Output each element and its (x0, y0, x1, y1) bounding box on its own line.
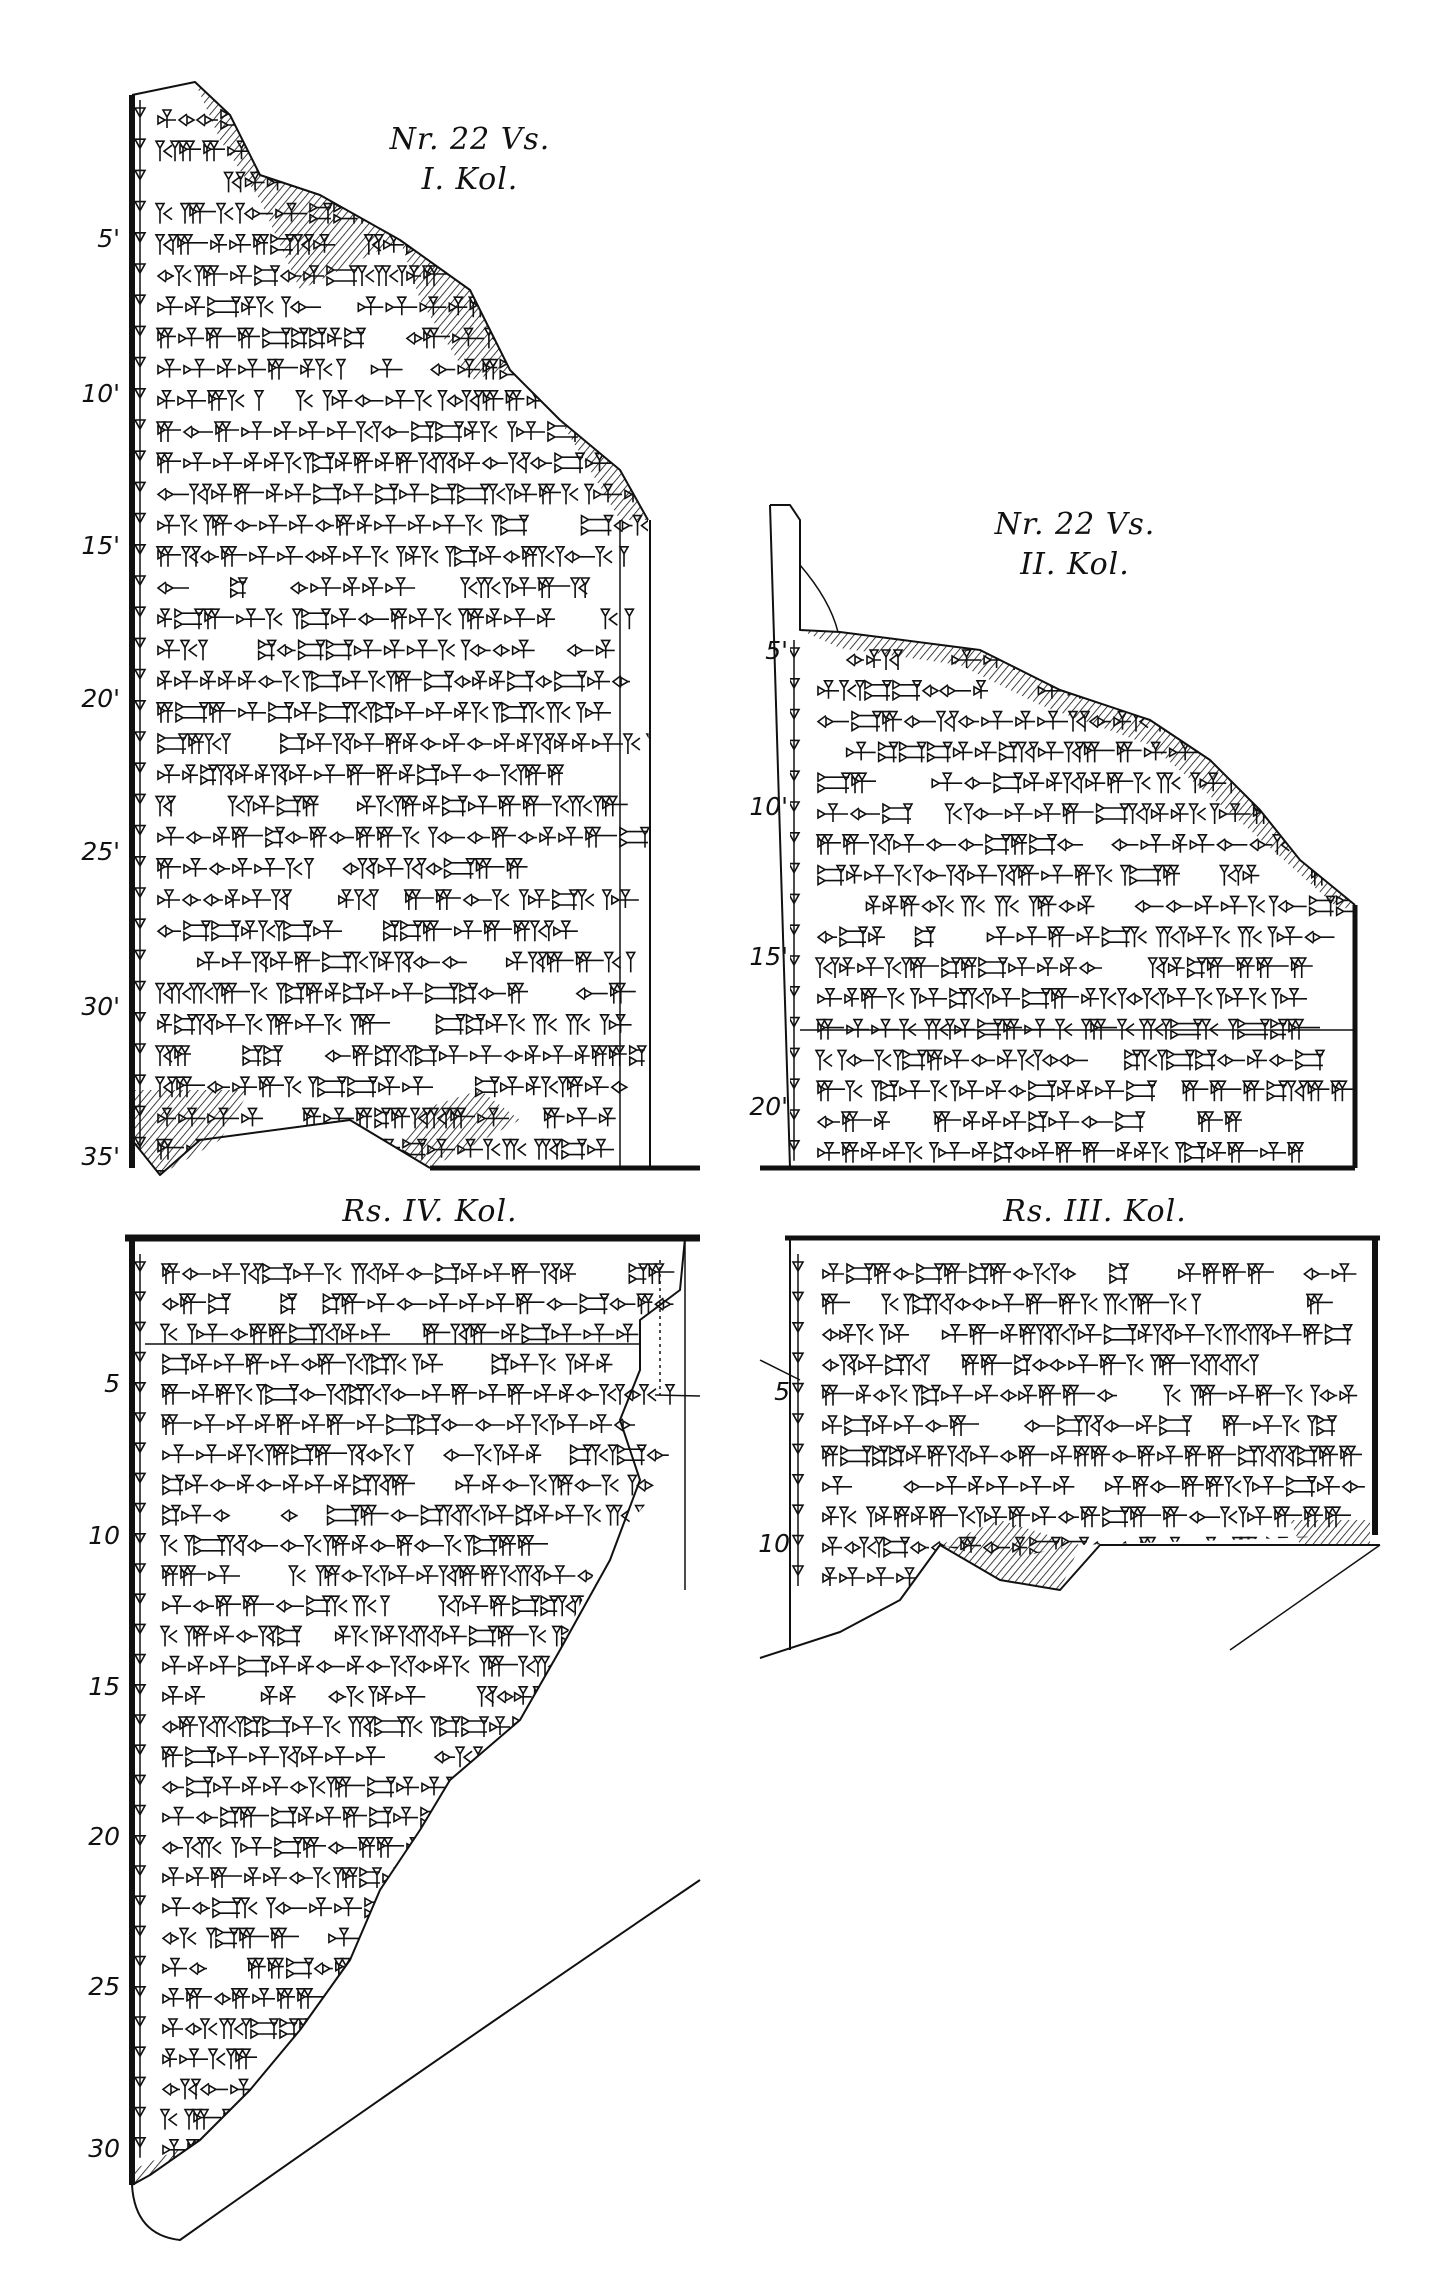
vertical-wedge-icon (1205, 1355, 1213, 1375)
winkelhaken-icon (274, 613, 282, 625)
horizontal-wedge-icon (1287, 1488, 1315, 1496)
vertical-wedge-icon (1216, 650, 1224, 668)
horizontal-wedge-icon (411, 2025, 429, 2033)
horizontal-wedge-icon (556, 2025, 565, 2033)
winkelhaken-icon (1343, 1481, 1351, 1493)
vertical-wedge-icon (334, 1868, 342, 1888)
vertical-wedge-icon (350, 1808, 358, 1828)
horizontal-wedge-icon (555, 1300, 577, 1308)
vertical-wedge-icon (489, 391, 497, 411)
horizontal-wedge-icon (491, 459, 508, 467)
vertical-wedge-icon (951, 1081, 959, 1101)
vertical-wedge-icon (613, 2019, 621, 2039)
vertical-wedge-icon (337, 360, 345, 380)
horizontal-wedge-icon (1017, 1087, 1026, 1095)
vertical-wedge-icon (249, 2140, 257, 2160)
vertical-wedge-icon (408, 1415, 416, 1435)
vertical-wedge-icon (345, 640, 353, 660)
text-line (135, 1322, 638, 1344)
winkelhaken-icon (1167, 900, 1175, 912)
vertical-wedge-icon (638, 1046, 646, 1066)
horizontal-wedge-icon (612, 366, 631, 374)
vertical-wedge-icon (271, 2140, 279, 2160)
vertical-wedge-icon (577, 297, 585, 315)
text-line (135, 1926, 668, 1948)
horizontal-wedge-icon (195, 834, 211, 842)
vertical-wedge-icon (245, 328, 253, 348)
vertical-wedge-icon (349, 1868, 357, 1888)
horizontal-wedge-icon (314, 495, 341, 503)
vertical-wedge-icon (1231, 896, 1239, 914)
vertical-wedge-icon (924, 1294, 932, 1314)
horizontal-wedge-icon (399, 1391, 420, 1399)
text-line (135, 1564, 656, 1586)
vertical-wedge-icon (302, 952, 310, 972)
winkelhaken-icon (407, 1268, 415, 1280)
vertical-wedge-icon (481, 1506, 489, 1526)
vertical-wedge-icon (1310, 742, 1318, 762)
horizontal-wedge-icon (594, 208, 624, 216)
winkelhaken-icon (438, 832, 446, 844)
horizontal-wedge-icon (566, 1934, 589, 1942)
vertical-wedge-icon (618, 1171, 626, 1189)
horizontal-wedge-icon (458, 495, 488, 503)
line-number: 10' (70, 379, 120, 408)
winkelhaken-icon (382, 426, 390, 438)
horizontal-wedge-icon (163, 1366, 189, 1374)
vertical-wedge-icon (643, 2049, 651, 2067)
text-line (135, 888, 639, 910)
vertical-wedge-icon (407, 1046, 415, 1066)
vertical-wedge-icon (1213, 1477, 1221, 1497)
vertical-wedge-icon (555, 2079, 563, 2099)
vertical-wedge-icon (432, 765, 440, 785)
vertical-wedge-icon (190, 984, 198, 1004)
vertical-wedge-icon (367, 703, 375, 723)
vertical-wedge-icon (463, 235, 471, 255)
vertical-wedge-icon (305, 1959, 313, 1979)
vertical-wedge-icon (522, 484, 530, 502)
vertical-wedge-icon (951, 1325, 959, 1343)
text-line (793, 1475, 1365, 1497)
vertical-wedge-icon (249, 703, 257, 721)
vertical-wedge-icon (1082, 866, 1090, 886)
text-line (135, 202, 624, 224)
winkelhaken-icon (1058, 839, 1066, 851)
line-number: 20' (70, 684, 120, 713)
vertical-wedge-icon (1273, 712, 1281, 732)
vertical-wedge-icon (1133, 1050, 1141, 1070)
vertical-wedge-icon (623, 1657, 631, 1675)
vertical-wedge-icon (494, 1264, 502, 1282)
winkelhaken-icon (391, 1389, 399, 1401)
vertical-wedge-icon (601, 1838, 609, 1858)
vertical-wedge-icon (1210, 1264, 1218, 1284)
vertical-wedge-icon (583, 952, 591, 972)
vertical-wedge-icon (183, 672, 191, 690)
vertical-wedge-icon (249, 360, 257, 378)
horizontal-wedge-icon (1234, 681, 1257, 689)
vertical-wedge-icon (351, 1015, 359, 1035)
heading-col-2-line-1: Nr. 22 Vs. (955, 505, 1195, 545)
vertical-wedge-icon (1264, 1477, 1272, 1495)
vertical-wedge-icon (981, 1446, 989, 1464)
vertical-wedge-icon (350, 266, 358, 286)
vertical-wedge-icon (253, 1717, 261, 1737)
winkelhaken-icon (183, 988, 191, 1000)
vertical-wedge-icon (416, 516, 424, 534)
vertical-wedge-icon (512, 391, 520, 411)
vertical-wedge-icon (171, 141, 179, 161)
vertical-wedge-icon (590, 2140, 598, 2158)
vertical-wedge-icon (1245, 773, 1253, 793)
horizontal-wedge-icon (1097, 815, 1128, 823)
vertical-wedge-icon (384, 1808, 392, 1828)
winkelhaken-icon (189, 644, 197, 656)
vertical-wedge-icon (401, 2019, 409, 2039)
winkelhaken-icon (447, 644, 455, 656)
horizontal-wedge-icon (1230, 654, 1255, 662)
horizontal-wedge-icon (1351, 1483, 1365, 1491)
vertical-wedge-icon (418, 2140, 426, 2160)
vertical-wedge-icon (1248, 1538, 1256, 1558)
horizontal-wedge-icon (1125, 654, 1140, 662)
tablet-outlines (125, 82, 1380, 2240)
vertical-wedge-icon (1114, 773, 1122, 793)
vertical-wedge-icon (582, 1898, 590, 1918)
vertical-wedge-icon (398, 1171, 406, 1189)
horizontal-wedge-icon (580, 272, 597, 280)
vertical-wedge-icon (605, 516, 613, 536)
vertical-wedge-icon (572, 1747, 580, 1767)
horizontal-wedge-icon (516, 2085, 533, 2093)
vertical-wedge-icon (227, 2049, 235, 2069)
vertical-wedge-icon (223, 1140, 231, 1158)
vertical-wedge-icon (228, 547, 236, 567)
vertical-wedge-icon (430, 2079, 438, 2099)
vertical-wedge-icon (294, 796, 302, 816)
text-line (135, 295, 647, 317)
vertical-wedge-icon (1010, 866, 1018, 886)
vertical-wedge-icon (1086, 1325, 1094, 1343)
vertical-wedge-icon (598, 1626, 606, 1644)
vertical-wedge-icon (347, 1989, 355, 2009)
vertical-wedge-icon (489, 1626, 497, 1646)
horizontal-wedge-icon (202, 1602, 214, 1610)
vertical-wedge-icon (1047, 742, 1055, 760)
horizontal-wedge-icon (573, 204, 591, 212)
vertical-wedge-icon (369, 1077, 377, 1097)
winkelhaken-icon (547, 1359, 555, 1371)
horizontal-wedge-icon (375, 1119, 389, 1127)
winkelhaken-icon (331, 1993, 339, 2005)
vertical-wedge-icon (398, 609, 406, 629)
vertical-wedge-icon (622, 1687, 630, 1707)
winkelhaken-icon (1113, 1450, 1121, 1462)
winkelhaken-icon (520, 301, 528, 313)
vertical-wedge-icon (1027, 1325, 1035, 1345)
vertical-wedge-icon (856, 681, 864, 701)
vertical-wedge-icon (325, 1355, 333, 1375)
winkelhaken-icon (355, 1691, 363, 1703)
vertical-wedge-icon (196, 204, 204, 224)
vertical-wedge-icon (290, 1385, 298, 1405)
vertical-wedge-icon (373, 1868, 381, 1888)
winkelhaken-icon (193, 1902, 201, 1914)
vertical-wedge-icon (353, 1596, 361, 1616)
winkelhaken-icon (209, 2023, 217, 2035)
vertical-wedge-icon (242, 2049, 250, 2069)
winkelhaken-icon (517, 1019, 525, 1031)
vertical-wedge-icon (863, 1446, 871, 1466)
text-line (135, 1504, 660, 1526)
vertical-wedge-icon (501, 1355, 509, 1375)
vertical-wedge-icon (483, 859, 491, 879)
vertical-wedge-icon (331, 110, 339, 130)
vertical-wedge-icon (361, 453, 369, 473)
vertical-wedge-icon (369, 1687, 377, 1707)
vertical-wedge-icon (404, 1777, 412, 1795)
horizontal-wedge-icon (239, 1330, 248, 1338)
col-1-text (135, 100, 656, 1191)
vertical-wedge-icon (459, 609, 467, 629)
vertical-wedge-icon (995, 896, 1003, 916)
winkelhaken-icon (435, 1751, 443, 1763)
winkelhaken-icon (600, 1721, 608, 1733)
vertical-wedge-icon (345, 1140, 353, 1158)
vertical-wedge-icon (522, 453, 530, 473)
winkelhaken-icon (464, 894, 472, 906)
text-line (135, 701, 611, 723)
vertical-wedge-icon (316, 734, 324, 752)
vertical-wedge-icon (260, 235, 268, 255)
vertical-wedge-icon (604, 734, 612, 752)
vertical-wedge-icon (451, 1171, 459, 1191)
vertical-wedge-icon (327, 1777, 335, 1797)
winkelhaken-icon (1291, 1420, 1299, 1432)
vertical-wedge-icon (603, 266, 611, 284)
vertical-wedge-icon (275, 1171, 283, 1191)
horizontal-wedge-icon (466, 2055, 496, 2063)
vertical-wedge-icon (165, 765, 173, 783)
horizontal-wedge-icon (364, 2116, 384, 2124)
vertical-wedge-icon (369, 578, 377, 596)
vertical-wedge-icon (424, 1566, 432, 1584)
winkelhaken-icon (1015, 1147, 1023, 1159)
horizontal-wedge-icon (826, 1118, 840, 1126)
vertical-wedge-icon (193, 1989, 201, 2009)
vertical-wedge-icon (339, 141, 347, 161)
vertical-wedge-icon (863, 1416, 871, 1436)
vertical-wedge-icon (435, 2140, 443, 2160)
vertical-wedge-icon (1026, 1446, 1034, 1466)
winkelhaken-icon (612, 1081, 620, 1093)
vertical-wedge-icon (593, 1077, 601, 1095)
vertical-wedge-icon (187, 2140, 195, 2160)
vertical-wedge-icon (638, 1445, 646, 1465)
vertical-wedge-icon (901, 1507, 909, 1527)
horizontal-wedge-icon (471, 1814, 485, 1822)
vertical-wedge-icon (233, 1898, 241, 1918)
vertical-wedge-icon (423, 204, 431, 224)
vertical-wedge-icon (1042, 989, 1050, 1009)
vertical-wedge-icon (343, 703, 351, 723)
vertical-wedge-icon (232, 921, 240, 941)
vertical-wedge-icon (536, 1928, 544, 1948)
horizontal-wedge-icon (284, 932, 311, 940)
vertical-wedge-icon (342, 1777, 350, 1797)
vertical-wedge-icon (442, 2140, 450, 2160)
vertical-wedge-icon (169, 235, 177, 255)
winkelhaken-icon (967, 1511, 975, 1523)
vertical-wedge-icon (578, 1626, 586, 1646)
winkelhaken-icon (158, 925, 166, 937)
horizontal-wedge-icon (201, 1904, 210, 1912)
horizontal-wedge-icon (585, 990, 608, 998)
horizontal-wedge-icon (452, 1451, 474, 1459)
vertical-wedge-icon (467, 1868, 475, 1888)
vertical-wedge-icon (876, 866, 884, 884)
horizontal-wedge-icon (931, 872, 946, 880)
vertical-wedge-icon (640, 1687, 648, 1707)
line-number: 5' (70, 224, 120, 253)
line-number: 10 (70, 1521, 120, 1550)
vertical-wedge-icon (477, 578, 485, 598)
winkelhaken-icon (638, 1993, 646, 2005)
vertical-wedge-icon (345, 1898, 353, 1916)
vertical-wedge-icon (625, 609, 633, 629)
horizontal-wedge-icon (586, 1572, 597, 1580)
horizontal-wedge-icon (313, 1177, 333, 1185)
horizontal-wedge-icon (1088, 964, 1102, 972)
vertical-wedge-icon (1238, 927, 1246, 947)
vertical-wedge-icon (293, 2110, 301, 2130)
vertical-wedge-icon (222, 422, 230, 442)
horizontal-wedge-icon (544, 1721, 564, 1729)
vertical-wedge-icon (1054, 866, 1062, 884)
vertical-wedge-icon (950, 712, 958, 732)
vertical-wedge-icon (1248, 742, 1256, 762)
vertical-wedge-icon (411, 2110, 419, 2130)
vertical-wedge-icon (577, 360, 585, 380)
horizontal-wedge-icon (321, 152, 346, 160)
vertical-wedge-icon (1167, 1325, 1175, 1345)
horizontal-wedge-icon (1009, 1392, 1016, 1400)
horizontal-wedge-icon (1314, 804, 1335, 812)
vertical-wedge-icon (382, 1355, 390, 1375)
vertical-wedge-icon (463, 204, 471, 224)
horizontal-wedge-icon (555, 464, 583, 472)
horizontal-wedge-icon (415, 1177, 442, 1185)
winkelhaken-icon (577, 1389, 585, 1401)
winkelhaken-icon (1178, 1298, 1186, 1310)
vertical-wedge-icon (457, 2019, 465, 2039)
vertical-wedge-icon (633, 1777, 641, 1795)
vertical-wedge-icon (181, 204, 189, 224)
vertical-wedge-icon (1196, 927, 1204, 945)
horizontal-wedge-icon (325, 1663, 345, 1671)
vertical-wedge-icon (367, 1415, 375, 1433)
vertical-wedge-icon (169, 1415, 177, 1435)
vertical-wedge-icon (595, 1324, 603, 1342)
winkelhaken-icon (214, 1510, 222, 1522)
horizontal-wedge-icon (526, 2053, 544, 2061)
text-line (135, 389, 616, 411)
vertical-wedge-icon (475, 2079, 483, 2097)
winkelhaken-icon (189, 520, 197, 532)
vertical-wedge-icon (627, 1838, 635, 1858)
vertical-wedge-icon (411, 1838, 419, 1856)
vertical-wedge-icon (891, 1143, 899, 1161)
horizontal-wedge-icon (343, 2053, 371, 2061)
vertical-wedge-icon (1278, 1568, 1286, 1588)
vertical-wedge-icon (228, 2140, 236, 2160)
vertical-wedge-icon (1326, 773, 1334, 793)
winkelhaken-icon (169, 1630, 177, 1642)
vertical-wedge-icon (571, 1657, 579, 1677)
vertical-wedge-icon (365, 734, 373, 752)
horizontal-wedge-icon (620, 176, 650, 184)
vertical-wedge-icon (858, 773, 866, 793)
vertical-wedge-icon (499, 828, 507, 848)
vertical-wedge-icon (210, 141, 218, 161)
vertical-wedge-icon (550, 1596, 558, 1616)
winkelhaken-icon (845, 1542, 853, 1554)
vertical-wedge-icon (394, 796, 402, 816)
winkelhaken-icon (559, 1751, 567, 1763)
winkelhaken-icon (304, 395, 312, 407)
vertical-wedge-icon (352, 2019, 360, 2039)
winkelhaken-icon (201, 551, 209, 563)
vertical-wedge-icon (1286, 927, 1294, 945)
vertical-wedge-icon (1029, 896, 1037, 916)
vertical-wedge-icon (319, 2019, 327, 2039)
text-line (135, 2138, 661, 2160)
vertical-wedge-icon (387, 859, 395, 877)
horizontal-wedge-icon (263, 1728, 290, 1736)
horizontal-wedge-icon (171, 1844, 183, 1852)
vertical-wedge-icon (577, 1171, 585, 1191)
vertical-wedge-icon (195, 609, 203, 629)
vertical-wedge-icon (1063, 650, 1071, 670)
horizontal-wedge-icon (1250, 1574, 1277, 1582)
horizontal-wedge-icon (362, 1934, 381, 1942)
horizontal-wedge-icon (212, 932, 239, 940)
vertical-wedge-icon (1145, 1446, 1153, 1466)
vertical-wedge-icon (508, 1077, 516, 1095)
winkelhaken-icon (637, 1812, 645, 1824)
winkelhaken-icon (847, 654, 855, 666)
horizontal-wedge-icon (395, 1904, 408, 1912)
vertical-wedge-icon (477, 1324, 485, 1344)
horizontal-wedge-icon (532, 303, 548, 311)
vertical-wedge-icon (386, 2110, 394, 2130)
horizontal-wedge-icon (498, 239, 513, 247)
winkelhaken-icon (519, 832, 527, 844)
vertical-wedge-icon (962, 1446, 970, 1466)
vertical-wedge-icon (325, 1808, 333, 1826)
vertical-wedge-icon (450, 453, 458, 473)
horizontal-wedge-icon (859, 810, 880, 818)
vertical-wedge-icon (165, 516, 173, 534)
vertical-wedge-icon (1028, 927, 1036, 945)
vertical-wedge-icon (584, 2110, 592, 2130)
vertical-wedge-icon (913, 1386, 921, 1406)
horizontal-wedge-icon (438, 1934, 452, 1942)
horizontal-wedge-icon (1160, 1427, 1190, 1435)
horizontal-wedge-icon (209, 2085, 228, 2093)
winkelhaken-icon (1080, 962, 1088, 974)
